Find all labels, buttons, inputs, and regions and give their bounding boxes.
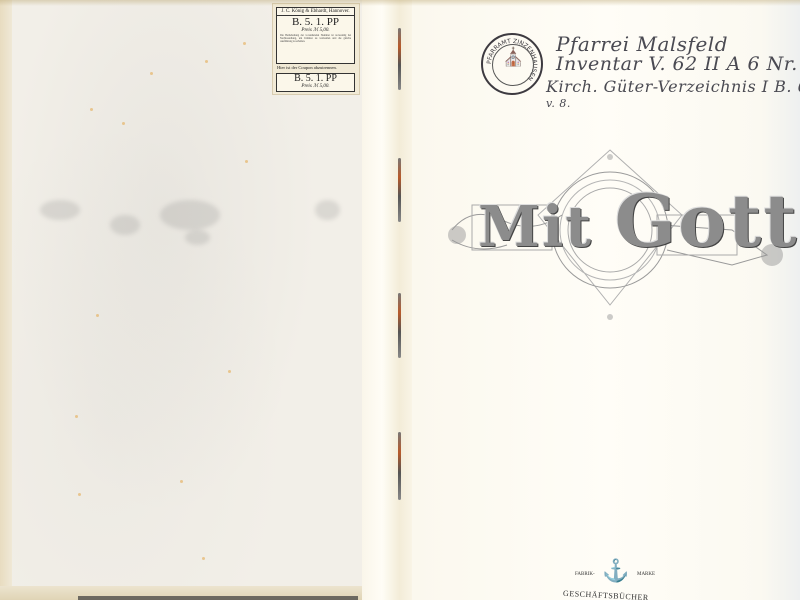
smudge: [110, 215, 140, 235]
smudge: [160, 200, 220, 230]
foxing-spot: [245, 160, 248, 163]
handwritten-note-4: v. 8.: [546, 97, 571, 110]
crown-anchor-icon: ⚓: [602, 560, 629, 582]
price-label: J. C. König & Ebhardt, Hannover. B. 5. 1…: [272, 3, 360, 95]
maker-caption: GESCHÄFTSBÜCHER: [563, 589, 649, 600]
foxing-spot: [202, 557, 205, 560]
foxing-spot: [228, 370, 231, 373]
maker-mark-right: MARKE: [637, 572, 655, 577]
maker-mark-left: FABRIK-: [575, 572, 595, 577]
church-icon: ⛪: [502, 49, 524, 67]
cover-edge: [0, 0, 12, 600]
foxing-spot: [205, 60, 208, 63]
handwritten-note-3: Kirch. Güter-Verzeichnis I B. 6. …: [546, 77, 800, 96]
title-word-mit: Mit: [478, 194, 593, 260]
smudge: [40, 200, 80, 220]
foxing-spot: [78, 493, 81, 496]
book-gutter: [362, 0, 412, 600]
maker-mark: FABRIK- ⚓ MARKE GESCHÄFTSBÜCHER: [575, 560, 675, 600]
parish-stamp: PFARRAMT ZINZENHAUSEN ⛪: [481, 33, 543, 95]
fine-print: Die Beibehaltung der vorstehenden Nummer…: [277, 34, 354, 43]
binding-stitch: [398, 293, 401, 358]
scan-top-shadow: [0, 0, 800, 6]
coupon-price: Preis ℳ 5,00.: [277, 84, 354, 90]
bottom-fold: [0, 586, 362, 600]
binding-stitch: [398, 28, 401, 90]
smudge: [315, 200, 340, 220]
binding-stitch: [398, 158, 401, 222]
coupon-code: B. 5. 1. PP: [277, 74, 354, 84]
foxing-spot: [122, 122, 125, 125]
coupon-note: Hier ist der Coupon abzutrennen.: [277, 65, 337, 70]
publisher: J. C. König & Ebhardt, Hannover.: [277, 8, 354, 16]
foxing-spot: [180, 480, 183, 483]
handwritten-note-2: Inventar V. 62 II A 6 Nr. 2: [556, 53, 800, 75]
smudge: [185, 230, 210, 245]
foxing-spot: [75, 415, 78, 418]
coupon-box: B. 5. 1. PP Preis ℳ 5,00.: [276, 73, 355, 92]
foxing-spot: [150, 72, 153, 75]
foxing-spot: [96, 314, 99, 317]
foxing-spot: [243, 42, 246, 45]
title-word-gott: Gott: [615, 178, 799, 263]
foxing-spot: [90, 108, 93, 111]
product-code: B. 5. 1. PP: [277, 17, 354, 28]
binding-stitch: [398, 432, 401, 500]
title-mit-gott: Mit Gott: [478, 178, 799, 263]
price-box: J. C. König & Ebhardt, Hannover. B. 5. 1…: [276, 7, 355, 64]
